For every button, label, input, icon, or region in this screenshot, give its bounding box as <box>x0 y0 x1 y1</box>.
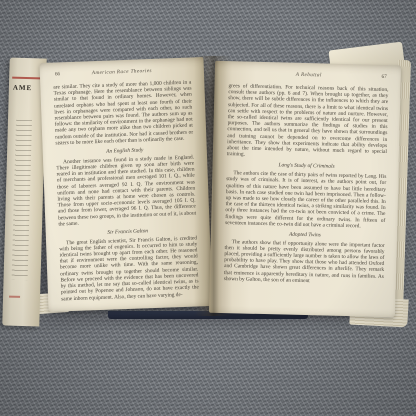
photo-vignette <box>0 0 416 416</box>
book-photo-scene: AME 66 American Race Theories are simila… <box>0 0 416 416</box>
